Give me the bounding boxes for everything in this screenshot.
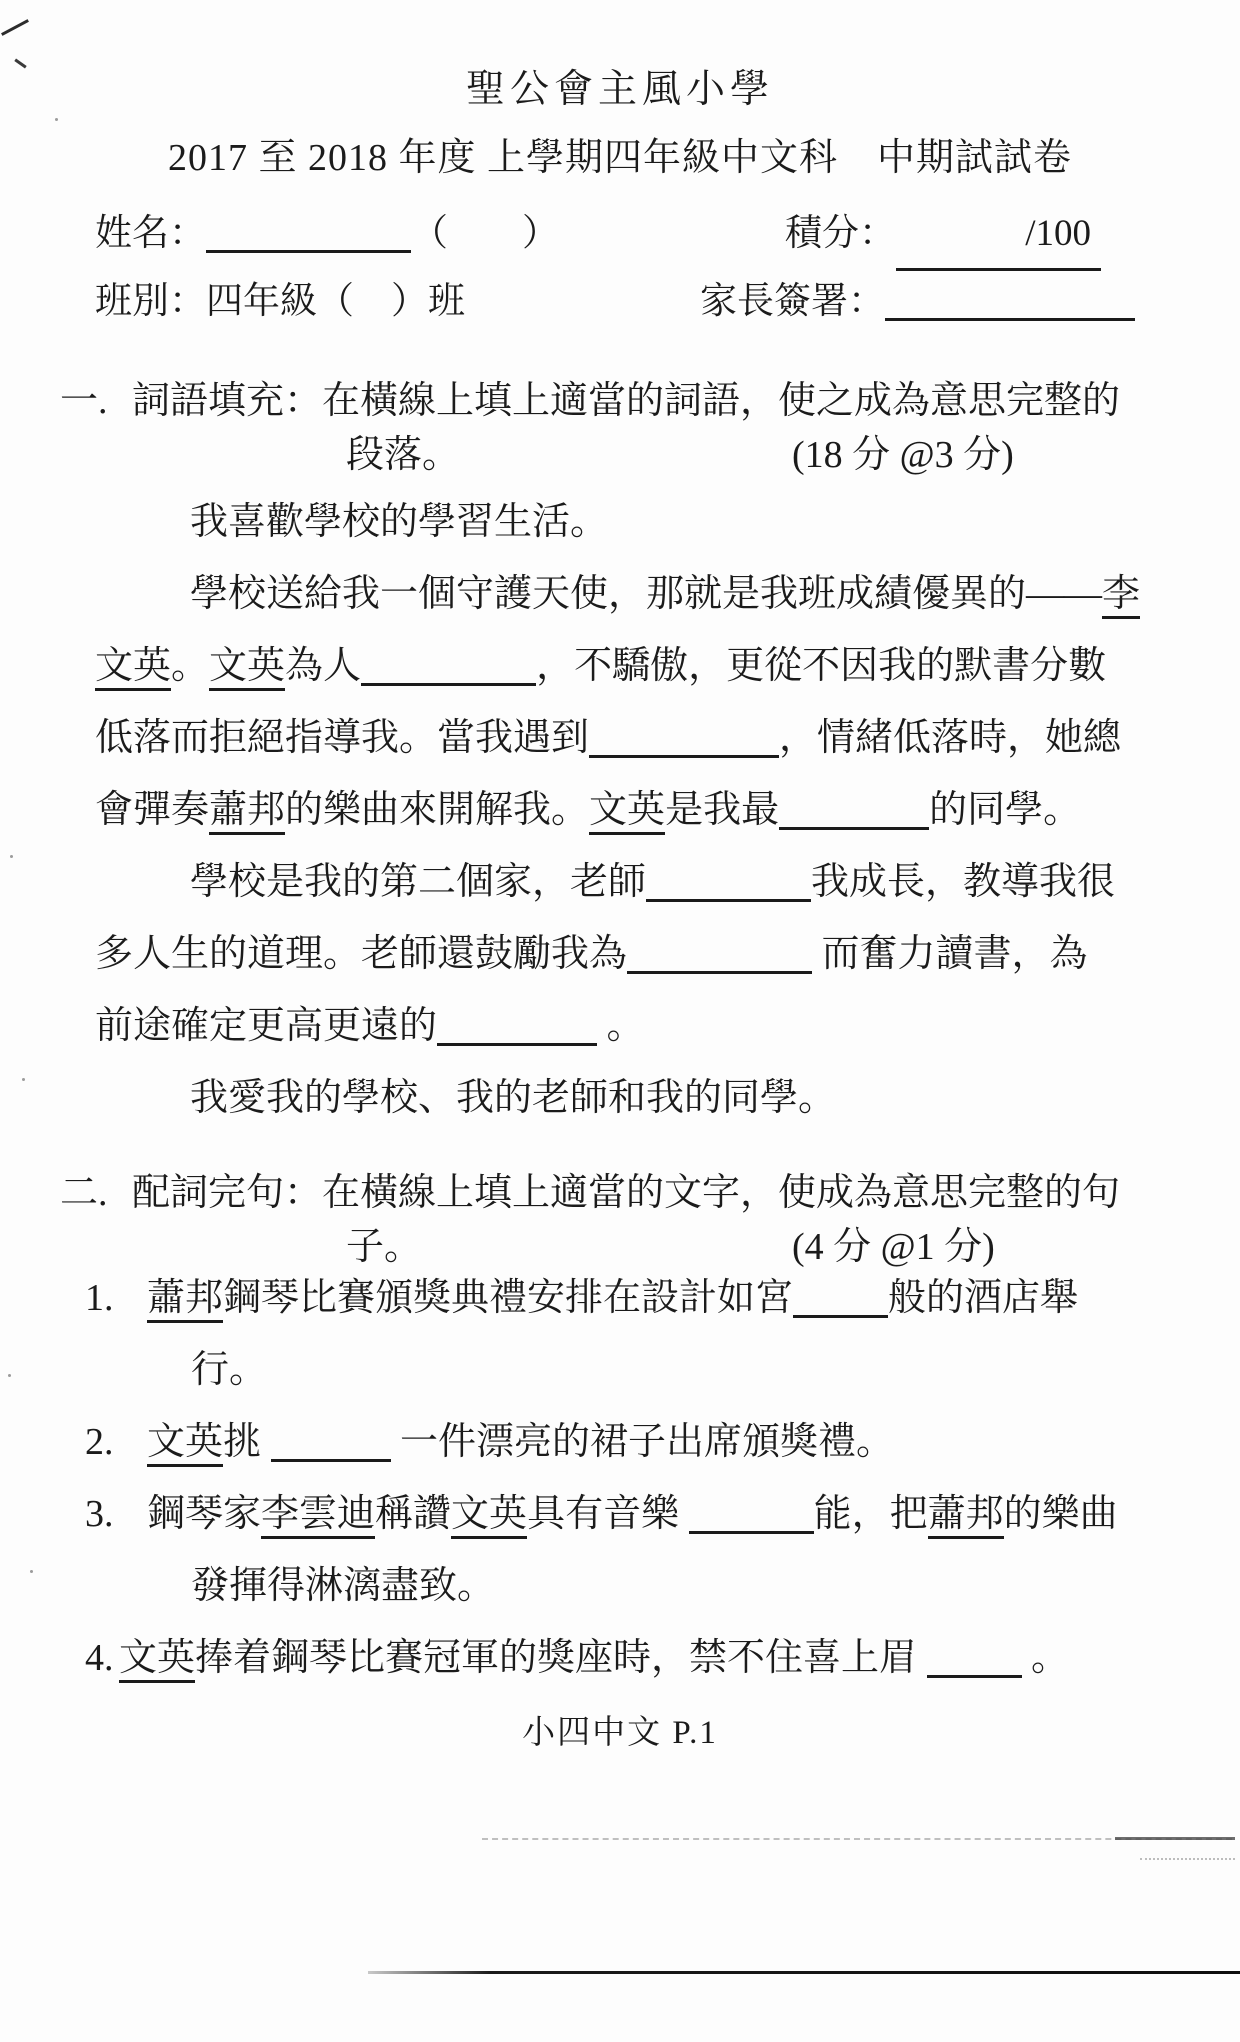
scan-speck bbox=[30, 1570, 33, 1573]
name-label: 姓名： bbox=[95, 213, 206, 254]
section2-heading: 二.配詞完句：在橫線上填上適當的文字，使成為意思完整的句 子。(4 分 @1 分… bbox=[60, 1166, 1200, 1274]
exam-paper-page: 聖公會主風小學 2017 至 2018 年度 上學期四年級中文科 中期試試卷 姓… bbox=[0, 0, 1240, 2042]
fill-in-blank bbox=[646, 899, 811, 902]
proper-noun-underlined: 蕭邦 bbox=[928, 1493, 1004, 1539]
fill-in-blank bbox=[627, 971, 812, 974]
text-run: 為人 bbox=[285, 645, 361, 687]
fill-in-blank bbox=[927, 1675, 1022, 1678]
info-row-class-parent: 班別：四年級（ ）班 家長簽署： bbox=[95, 268, 1180, 336]
text-run: 具有音樂 bbox=[527, 1493, 689, 1535]
fill-in-blank bbox=[793, 1315, 888, 1318]
text-run: 。 bbox=[597, 1005, 645, 1047]
fill-in-blank bbox=[689, 1531, 814, 1534]
text-run: 鋼琴家 bbox=[147, 1493, 261, 1535]
text-run: 行。 bbox=[191, 1349, 267, 1391]
fill-in-blank bbox=[589, 755, 779, 758]
text-run: ，不驕傲，更從不因我的默書分數 bbox=[536, 645, 1106, 687]
text-line: 前途確定更高更遠的 。 bbox=[95, 990, 1200, 1062]
scan-artifact-dotted-line bbox=[1140, 1858, 1235, 1860]
text-run: 。 bbox=[171, 645, 209, 687]
scan-artifact-dashed-line-dark bbox=[1115, 1837, 1235, 1840]
proper-noun-underlined: 李雲迪 bbox=[261, 1493, 375, 1539]
section1-points: (18 分 @3 分) bbox=[792, 428, 1014, 482]
text-line: 行。 bbox=[85, 1334, 1200, 1406]
section1-number: 一. bbox=[60, 374, 132, 428]
fill-in-blank bbox=[361, 683, 536, 686]
question-line: 4.文英捧着鋼琴比賽冠軍的獎座時，禁不住喜上眉 。 bbox=[85, 1622, 1200, 1694]
section1-instruction-cont: 段落。 bbox=[346, 434, 460, 476]
text-run: 我成長，教導我很 bbox=[811, 861, 1115, 903]
text-run: 而奮力讀書，為 bbox=[812, 933, 1088, 975]
score-blank-line: /100 bbox=[896, 200, 1101, 271]
name-bracket: （ ） bbox=[411, 213, 559, 254]
proper-noun-underlined: 李 bbox=[1102, 573, 1140, 619]
fill-in-blank bbox=[437, 1043, 597, 1046]
proper-noun-underlined: 文英 bbox=[119, 1637, 195, 1683]
item-number: 3. bbox=[85, 1478, 147, 1550]
parent-sign-blank-line bbox=[885, 318, 1135, 321]
text-run: 般的酒店舉 bbox=[888, 1277, 1078, 1319]
text-run: 鋼琴比賽頒獎典禮安排在設計如宮 bbox=[223, 1277, 793, 1319]
fill-in-blank bbox=[271, 1459, 391, 1462]
question-line: 2.文英挑 一件漂亮的裙子出席頒獎禮。 bbox=[85, 1406, 1200, 1478]
text-line: 發揮得淋漓盡致。 bbox=[85, 1550, 1200, 1622]
text-run: 的同學。 bbox=[929, 789, 1081, 831]
class-label: 班別：四年級（ ）班 bbox=[95, 281, 465, 322]
text-run: 稱讚 bbox=[375, 1493, 451, 1535]
question-line: 1.蕭邦鋼琴比賽頒獎典禮安排在設計如宮般的酒店舉 bbox=[85, 1262, 1200, 1334]
text-line: 低落而拒絕指導我。當我遇到，情緒低落時，她總 bbox=[95, 702, 1200, 774]
scan-artifact-pen-mark bbox=[1, 19, 29, 36]
text-run: 挑 bbox=[223, 1421, 271, 1463]
text-run: ，情緒低落時，她總 bbox=[779, 717, 1121, 759]
page-footer: 小四中文 P.1 bbox=[0, 1706, 1240, 1753]
proper-noun-underlined: 蕭邦 bbox=[209, 789, 285, 835]
fill-in-blank bbox=[779, 827, 929, 830]
text-run: 低落而拒絕指導我。當我遇到 bbox=[95, 717, 589, 759]
text-line: 我愛我的學校、我的老師和我的同學。 bbox=[95, 1062, 1200, 1134]
exam-title: 2017 至 2018 年度 上學期四年級中文科 中期試試卷 bbox=[0, 126, 1240, 181]
school-name: 聖公會主風小學 bbox=[0, 58, 1240, 114]
score-label: 積分： bbox=[785, 213, 896, 254]
text-run: 捧着鋼琴比賽冠軍的獎座時，禁不住喜上眉 bbox=[195, 1637, 927, 1679]
text-line: 文英。文英為人，不驕傲，更從不因我的默書分數 bbox=[95, 630, 1200, 702]
proper-noun-underlined: 文英 bbox=[95, 645, 171, 691]
text-run: 學校送給我一個守護天使，那就是我班成績優異的—— bbox=[190, 573, 1102, 615]
section2-instruction: 配詞完句：在橫線上填上適當的文字，使成為意思完整的句 bbox=[132, 1172, 1120, 1214]
proper-noun-underlined: 文英 bbox=[147, 1421, 223, 1467]
text-run: 學校是我的第二個家，老師 bbox=[190, 861, 646, 903]
proper-noun-underlined: 蕭邦 bbox=[147, 1277, 223, 1323]
text-run: 我喜歡學校的學習生活。 bbox=[190, 501, 608, 543]
text-run: 前途確定更高更遠的 bbox=[95, 1005, 437, 1047]
text-run: 一件漂亮的裙子出席頒獎禮。 bbox=[391, 1421, 895, 1463]
item-number: 1. bbox=[85, 1262, 147, 1334]
text-run: 會彈奏 bbox=[95, 789, 209, 831]
section1-passage: 我喜歡學校的學習生活。學校送給我一個守護天使，那就是我班成績優異的——李文英。文… bbox=[95, 486, 1200, 1134]
text-line: 學校是我的第二個家，老師我成長，教導我很 bbox=[95, 846, 1200, 918]
section2-items: 1.蕭邦鋼琴比賽頒獎典禮安排在設計如宮般的酒店舉行。2.文英挑 一件漂亮的裙子出… bbox=[85, 1262, 1200, 1694]
text-run: 多人生的道理。老師還鼓勵我為 bbox=[95, 933, 627, 975]
scan-speck bbox=[10, 855, 13, 858]
parent-sign-field: 家長簽署： bbox=[700, 268, 1135, 336]
text-run: 是我最 bbox=[665, 789, 779, 831]
section1-instruction: 詞語填充：在橫線上填上適當的詞語，使之成為意思完整的 bbox=[132, 380, 1120, 422]
student-info-block: 姓名：（ ） 積分：/100 班別：四年級（ ）班 家長簽署： bbox=[95, 200, 1180, 336]
text-run: 我愛我的學校、我的老師和我的同學。 bbox=[190, 1077, 836, 1119]
scan-speck bbox=[8, 1374, 11, 1377]
proper-noun-underlined: 文英 bbox=[451, 1493, 527, 1539]
text-run: 。 bbox=[1022, 1637, 1070, 1679]
item-number: 4. bbox=[85, 1622, 119, 1694]
name-blank-line bbox=[206, 250, 411, 253]
text-run: 的樂曲 bbox=[1004, 1493, 1118, 1535]
info-row-name-score: 姓名：（ ） 積分：/100 bbox=[95, 200, 1180, 268]
section1-heading: 一.詞語填充：在橫線上填上適當的詞語，使之成為意思完整的 段落。(18 分 @3… bbox=[60, 374, 1200, 482]
text-run: 發揮得淋漓盡致。 bbox=[191, 1565, 495, 1607]
scan-artifact-bottom-line bbox=[368, 1971, 1240, 1974]
question-line: 3.鋼琴家李雲迪稱讚文英具有音樂 能，把蕭邦的樂曲 bbox=[85, 1478, 1200, 1550]
text-run: 能，把 bbox=[814, 1493, 928, 1535]
score-field: 積分：/100 bbox=[785, 200, 1101, 271]
section2-number: 二. bbox=[60, 1166, 132, 1220]
section1-heading-line1: 一.詞語填充：在橫線上填上適當的詞語，使之成為意思完整的 bbox=[60, 374, 1200, 428]
scan-speck bbox=[55, 118, 58, 121]
text-line: 多人生的道理。老師還鼓勵我為 而奮力讀書，為 bbox=[95, 918, 1200, 990]
proper-noun-underlined: 文英 bbox=[209, 645, 285, 691]
proper-noun-underlined: 文英 bbox=[589, 789, 665, 835]
text-line: 會彈奏蕭邦的樂曲來開解我。文英是我最的同學。 bbox=[95, 774, 1200, 846]
text-run: 的樂曲來開解我。 bbox=[285, 789, 589, 831]
scan-speck bbox=[22, 1078, 25, 1081]
item-number: 2. bbox=[85, 1406, 147, 1478]
text-line: 我喜歡學校的學習生活。 bbox=[95, 486, 1200, 558]
text-line: 學校送給我一個守護天使，那就是我班成績優異的——李 bbox=[95, 558, 1200, 630]
parent-sign-label: 家長簽署： bbox=[700, 281, 885, 322]
section1-heading-line2: 段落。(18 分 @3 分) bbox=[60, 428, 1200, 482]
section2-heading-line1: 二.配詞完句：在橫線上填上適當的文字，使成為意思完整的句 bbox=[60, 1166, 1200, 1220]
